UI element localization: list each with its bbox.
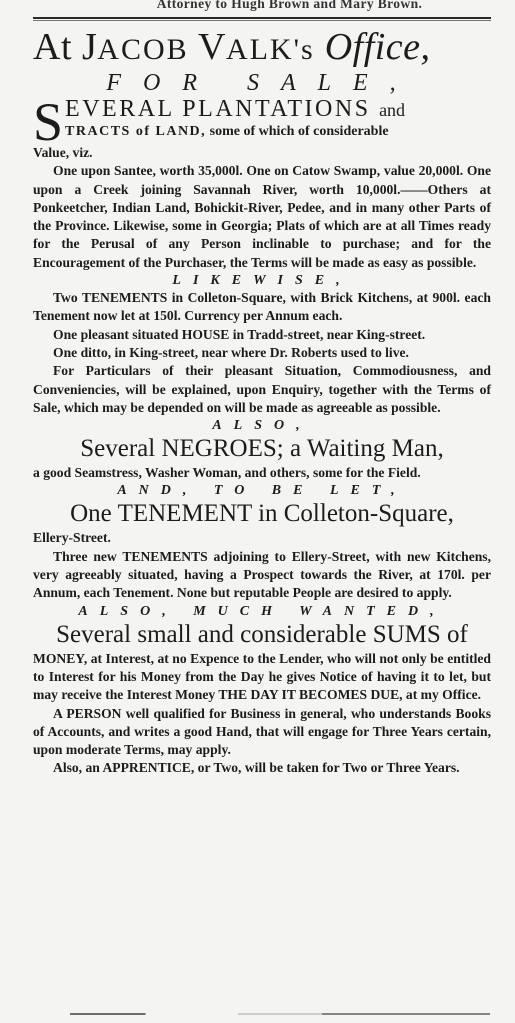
bottom-rule bbox=[70, 1013, 490, 1015]
tracts-line: TRACTS of LAND, some of which of conside… bbox=[33, 123, 491, 141]
advertisement: Attorney to Hugh Brown and Mary Brown. A… bbox=[33, 0, 491, 778]
also-heading: ALSO, bbox=[33, 417, 491, 434]
king-street-paragraph: One ditto, in King-street, near where Dr… bbox=[33, 344, 491, 362]
tracts-caps: TRACTS of LAND, bbox=[65, 124, 206, 139]
for-sale-heading: FOR SALE, bbox=[33, 70, 491, 96]
to-be-let-heading: AND, TO BE LET, bbox=[33, 482, 491, 499]
top-rule-thin bbox=[33, 20, 491, 21]
house-paragraph: One pleasant situated HOUSE in Tradd-str… bbox=[33, 326, 491, 344]
value-line: Value, viz. bbox=[33, 144, 491, 162]
tenement-line: One TENEMENT in Colleton-Square, bbox=[33, 499, 491, 529]
headline-valk-initial: V bbox=[198, 26, 226, 68]
money-paragraph: MONEY, at Interest, at no Expence to the… bbox=[33, 650, 491, 705]
headline-at: At bbox=[33, 26, 72, 68]
headline-jacob-initial: J bbox=[82, 26, 97, 68]
new-tenements-paragraph: Three new TENEMENTS adjoining to Ellery-… bbox=[33, 548, 491, 603]
drop-cap: S bbox=[33, 100, 63, 144]
particulars-paragraph: For Particulars of their pleasant Situat… bbox=[33, 362, 491, 417]
tenements-paragraph: Two TENEMENTS in Colleton-Square, with B… bbox=[33, 289, 491, 326]
negroes-line: Several NEGROES; a Waiting Man, bbox=[33, 434, 491, 464]
attorney-line: Attorney to Hugh Brown and Mary Brown. bbox=[88, 0, 491, 11]
plantations-heading: EVERAL PLANTATIONS and bbox=[33, 96, 491, 123]
headline: At JACOB VALK's Office, bbox=[33, 27, 491, 70]
ellery-street-line: Ellery-Street. bbox=[33, 529, 491, 547]
plantations-block: S EVERAL PLANTATIONS and TRACTS of LAND,… bbox=[33, 96, 491, 162]
plantations-title: EVERAL PLANTATIONS bbox=[65, 96, 371, 122]
plantations-and: and bbox=[379, 100, 405, 120]
much-wanted-heading: ALSO, MUCH WANTED, bbox=[33, 603, 491, 620]
person-paragraph: A PERSON well qualified for Business in … bbox=[33, 705, 491, 760]
top-rule bbox=[33, 17, 491, 19]
sums-line: Several small and considerable SUMS of bbox=[33, 620, 491, 650]
headline-jacob-rest: ACOB bbox=[97, 33, 188, 66]
headline-office: Office, bbox=[325, 26, 431, 68]
apprentice-paragraph: Also, an APPRENTICE, or Two, will be tak… bbox=[33, 759, 491, 777]
tracts-rest: some of which of considerable bbox=[210, 124, 389, 139]
likewise-heading: LIKEWISE, bbox=[33, 272, 491, 289]
negroes-paragraph: a good Seamstress, Washer Woman, and oth… bbox=[33, 464, 491, 482]
headline-valk-rest: ALK's bbox=[226, 33, 315, 66]
plantations-paragraph: One upon Santee, worth 35,000l. One on C… bbox=[33, 162, 491, 272]
